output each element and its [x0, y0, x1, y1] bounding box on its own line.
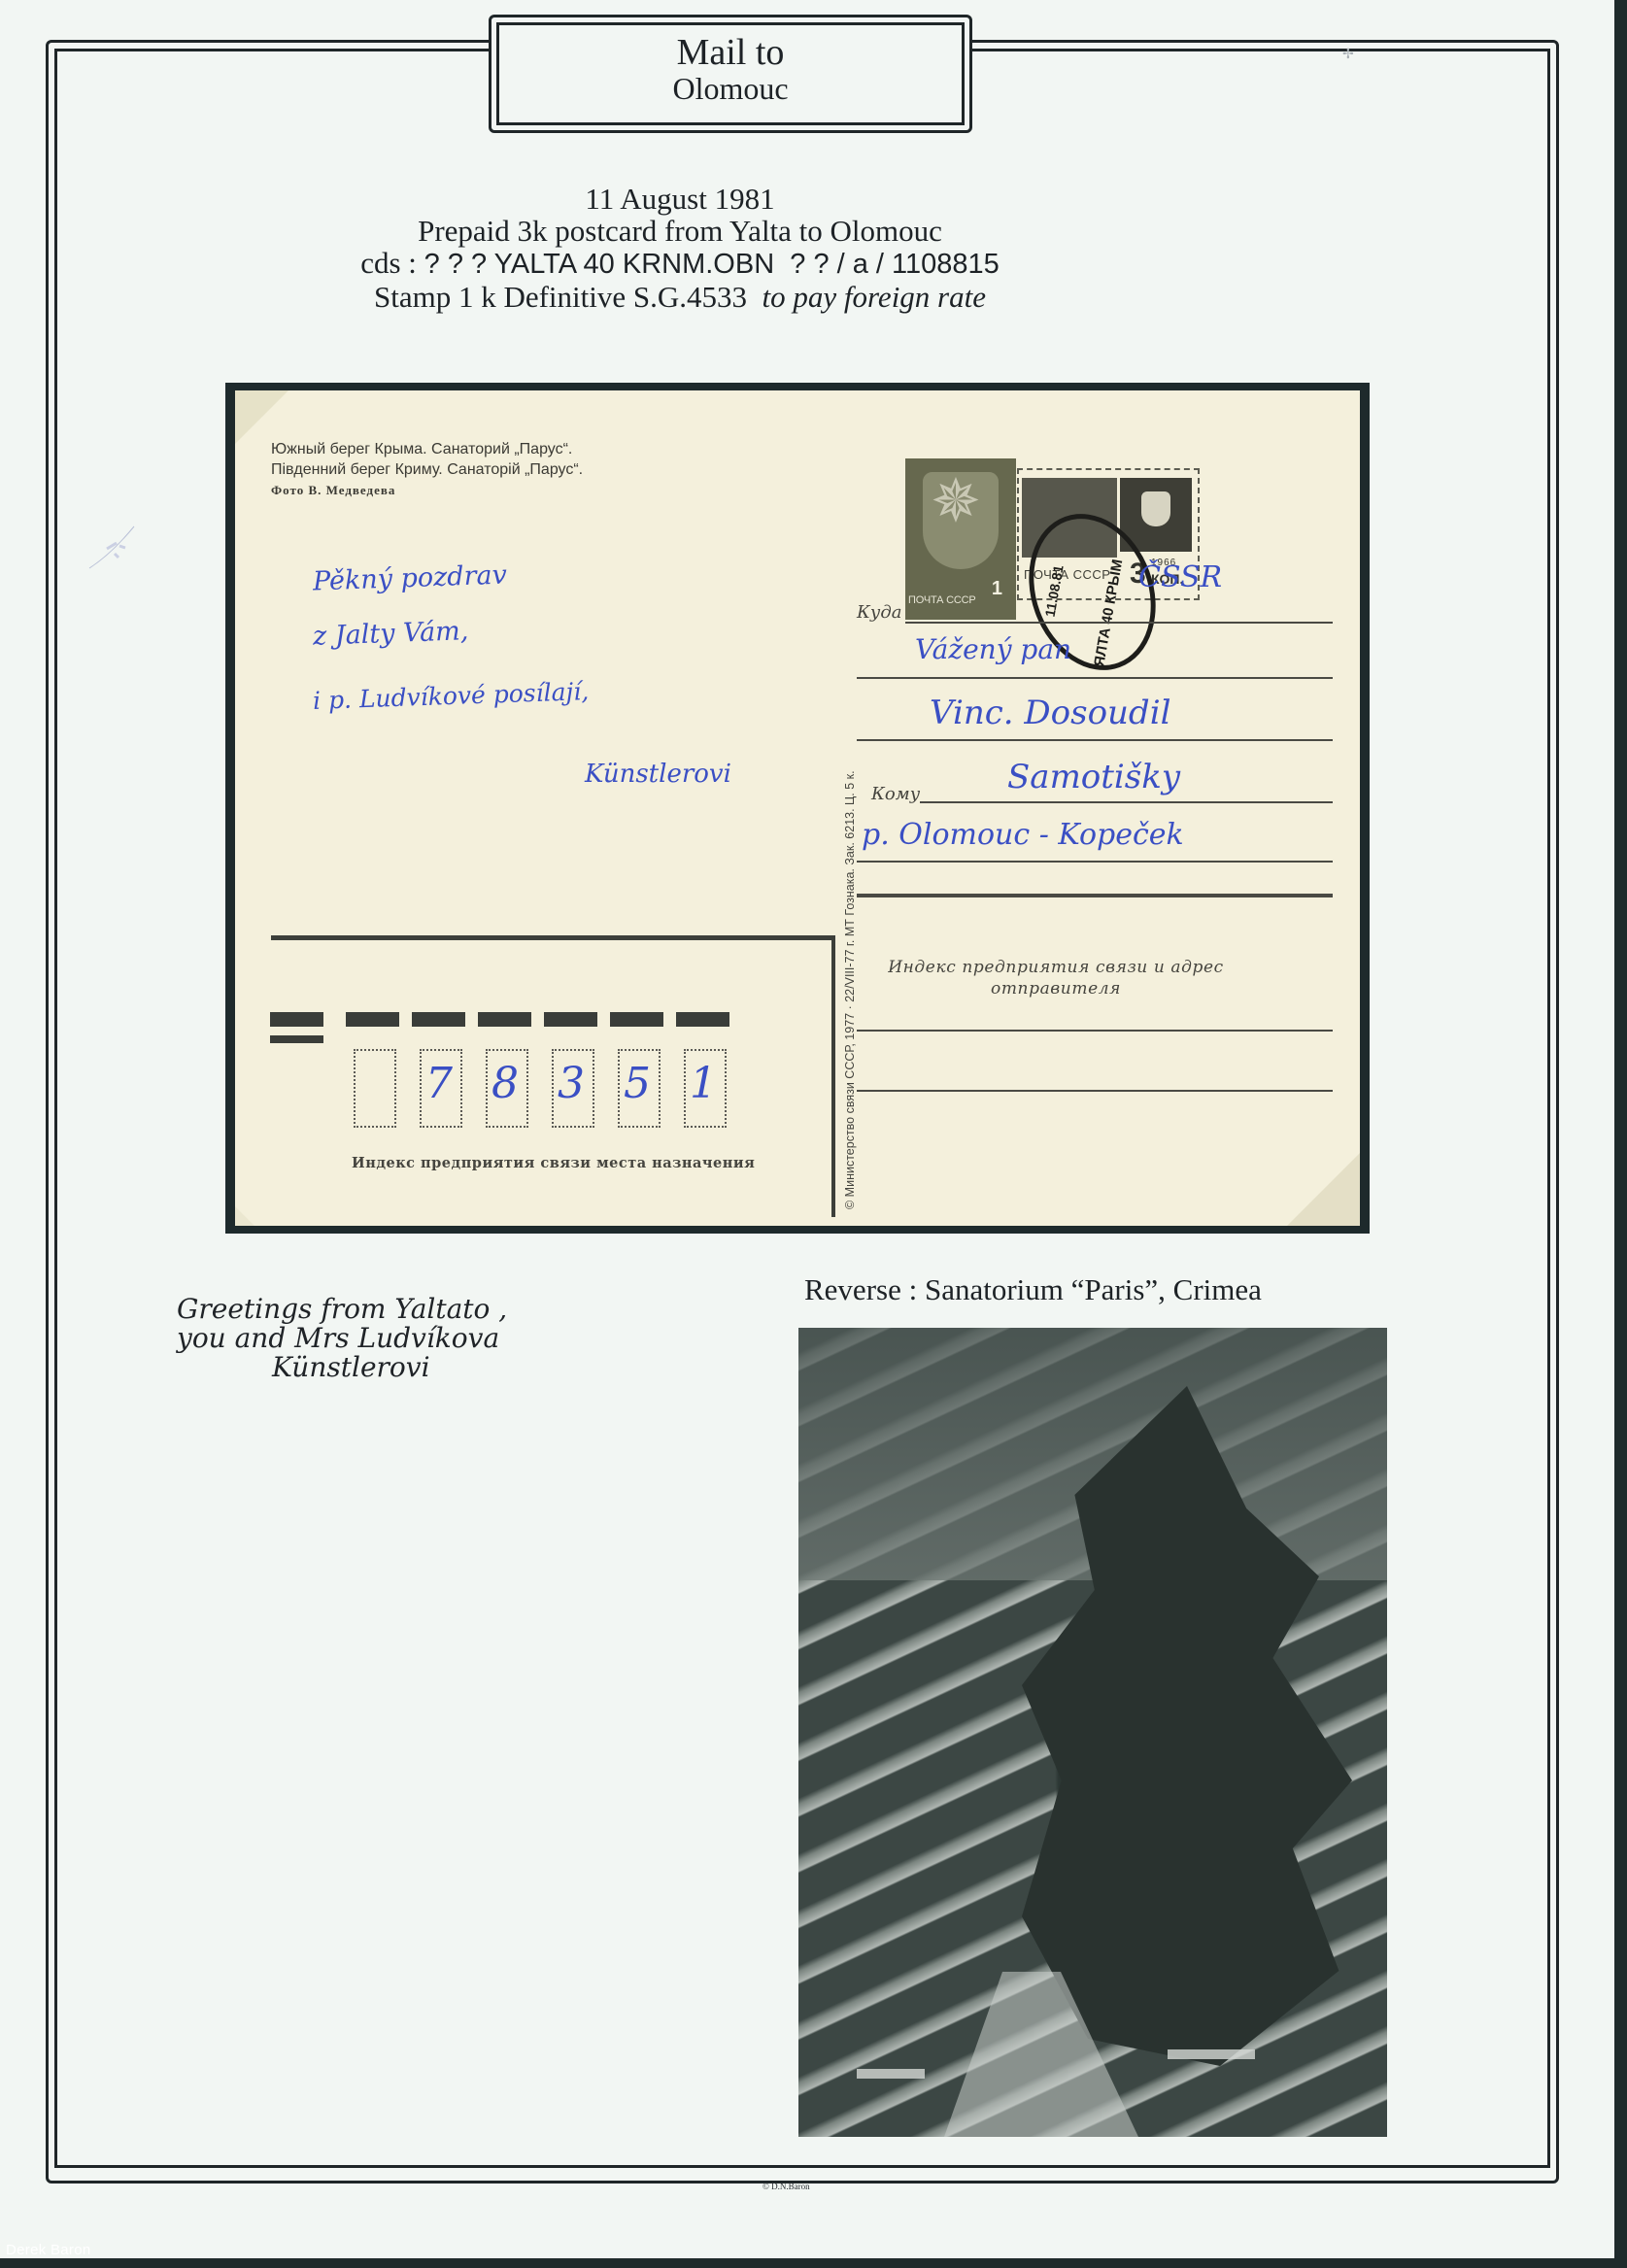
photo-corner-bottom-left — [235, 1206, 254, 1226]
publisher-imprint: © Министерство связи СССР, 1977 · 22/VII… — [843, 770, 857, 1209]
kuda-label: Куда — [857, 602, 902, 623]
address-line-1: Vážený pan — [915, 633, 1071, 665]
postcode-bar — [544, 1012, 597, 1027]
scan-edge-bottom — [0, 2258, 1627, 2268]
postmark-date: 11.08.81 — [1042, 564, 1067, 619]
photo-corner-bottom-right — [1287, 1153, 1360, 1226]
pencil-mark-corner-icon: ✢ — [1342, 47, 1354, 63]
pencil-mark-icon — [87, 525, 136, 573]
postcode-digit: 3 — [552, 1059, 591, 1108]
address-line — [905, 622, 1333, 624]
address-country: ČSSR — [1138, 560, 1222, 594]
cover-description: Prepaid 3k postcard from Yalta to Olomou… — [194, 215, 1166, 247]
komu-label: Кому — [871, 784, 920, 804]
stamp-line: Stamp 1 k Definitive S.G.4533 to pay for… — [194, 281, 1166, 313]
postcode-bar — [346, 1012, 399, 1027]
printed-caption-ru: Южный берег Крыма. Санаторий „Парус“. — [271, 439, 583, 459]
sender-line — [857, 1030, 1333, 1032]
reverse-photo-sanatorium — [798, 1328, 1387, 2137]
postcode-label: Индекс предприятия связи места назначени… — [352, 1155, 755, 1171]
stamp-1k-definitive: ✵ 1 ПОЧТА СССР — [905, 458, 1016, 620]
photo-credit: Фото В. Медведева — [271, 480, 583, 500]
postmark-place: ЯЛТА 40 КРЫМ — [1091, 559, 1126, 668]
postcode-digit: 5 — [618, 1059, 657, 1108]
postcode-bar — [270, 1012, 323, 1027]
address-line — [857, 894, 1333, 897]
address-line — [857, 861, 1333, 863]
divider-vertical — [831, 935, 835, 1217]
sender-line — [857, 1090, 1333, 1092]
scan-edge-right — [1614, 0, 1627, 2268]
stamp-note: to pay foreign rate — [763, 280, 986, 314]
title-box-inner: Mail to Olomouc — [496, 22, 965, 125]
description-block: 11 August 1981 Prepaid 3k postcard from … — [194, 183, 1166, 313]
postcode-box — [354, 1049, 396, 1128]
reverse-caption: Reverse : Sanatorium “Paris”, Crimea — [804, 1272, 1262, 1307]
bench-icon — [857, 2069, 925, 2079]
postcode-digit: 8 — [486, 1059, 525, 1108]
sender-label: Индекс предприятия связи и адрес отправи… — [857, 957, 1255, 999]
printed-caption-uk: Південний берег Криму. Санаторій „Парус“… — [271, 459, 583, 480]
message-line-2: z Jalty Vám, — [313, 616, 469, 652]
postcode-bar — [610, 1012, 663, 1027]
stamp-inscription: ПОЧТА СССР — [908, 594, 975, 606]
address-line-2: Vinc. Dosoudil — [930, 694, 1170, 732]
watermark: Derek Baron — [6, 2242, 91, 2258]
address-line — [920, 801, 1333, 803]
order-star-icon: ✵ — [931, 472, 981, 532]
postcard-front: Южный берег Крыма. Санаторий „Парус“. Пі… — [235, 390, 1360, 1226]
postcode-digit: 1 — [684, 1059, 723, 1108]
bench-icon — [1168, 2049, 1255, 2059]
address-line — [857, 739, 1333, 741]
lenin-profile-icon — [1141, 491, 1170, 526]
message-line-3: i p. Ludvíkové posílají, — [313, 677, 590, 715]
cds-prefix: cds : — [360, 246, 417, 280]
stamp-text: Stamp 1 k Definitive S.G.4533 — [374, 280, 747, 314]
address-line-3: Samotišky — [1007, 758, 1180, 796]
postcode-digit: 7 — [420, 1059, 458, 1108]
translation: Greetings from Yaltato , you and Mrs Lud… — [177, 1295, 507, 1382]
translation-line-3: Künstlerovi — [177, 1353, 507, 1382]
address-line — [857, 677, 1333, 679]
translation-line-1: Greetings from Yaltato , — [177, 1295, 507, 1324]
message-signature: Künstlerovi — [585, 760, 731, 789]
photo-corner-top-left — [235, 390, 288, 444]
address-line-4: p. Olomouc - Kopeček — [862, 818, 1184, 852]
printed-caption: Южный берег Крыма. Санаторий „Парус“. Пі… — [271, 439, 583, 500]
stamp-value: 1 — [992, 578, 1002, 600]
cover-date: 11 August 1981 — [194, 183, 1166, 215]
cds-text: ? ? ? YALTA 40 KRNM.OBN ? ? / a / 110881… — [424, 249, 1000, 280]
postcode-bar — [478, 1012, 531, 1027]
page-subtitle: Olomouc — [499, 72, 962, 105]
copyright: © D.N.Baron — [763, 2182, 810, 2191]
message-line-1: Pěkný pozdrav — [313, 560, 508, 597]
postcode-bar — [270, 1035, 323, 1043]
postcode-bar — [676, 1012, 729, 1027]
page-title: Mail to — [499, 33, 962, 72]
translation-line-2: you and Mrs Ludvíkova — [177, 1324, 507, 1353]
divider-horizontal — [271, 935, 834, 940]
cds-line: cds : ? ? ? YALTA 40 KRNM.OBN ? ? / a / … — [194, 247, 1166, 281]
postcode-bar — [412, 1012, 465, 1027]
